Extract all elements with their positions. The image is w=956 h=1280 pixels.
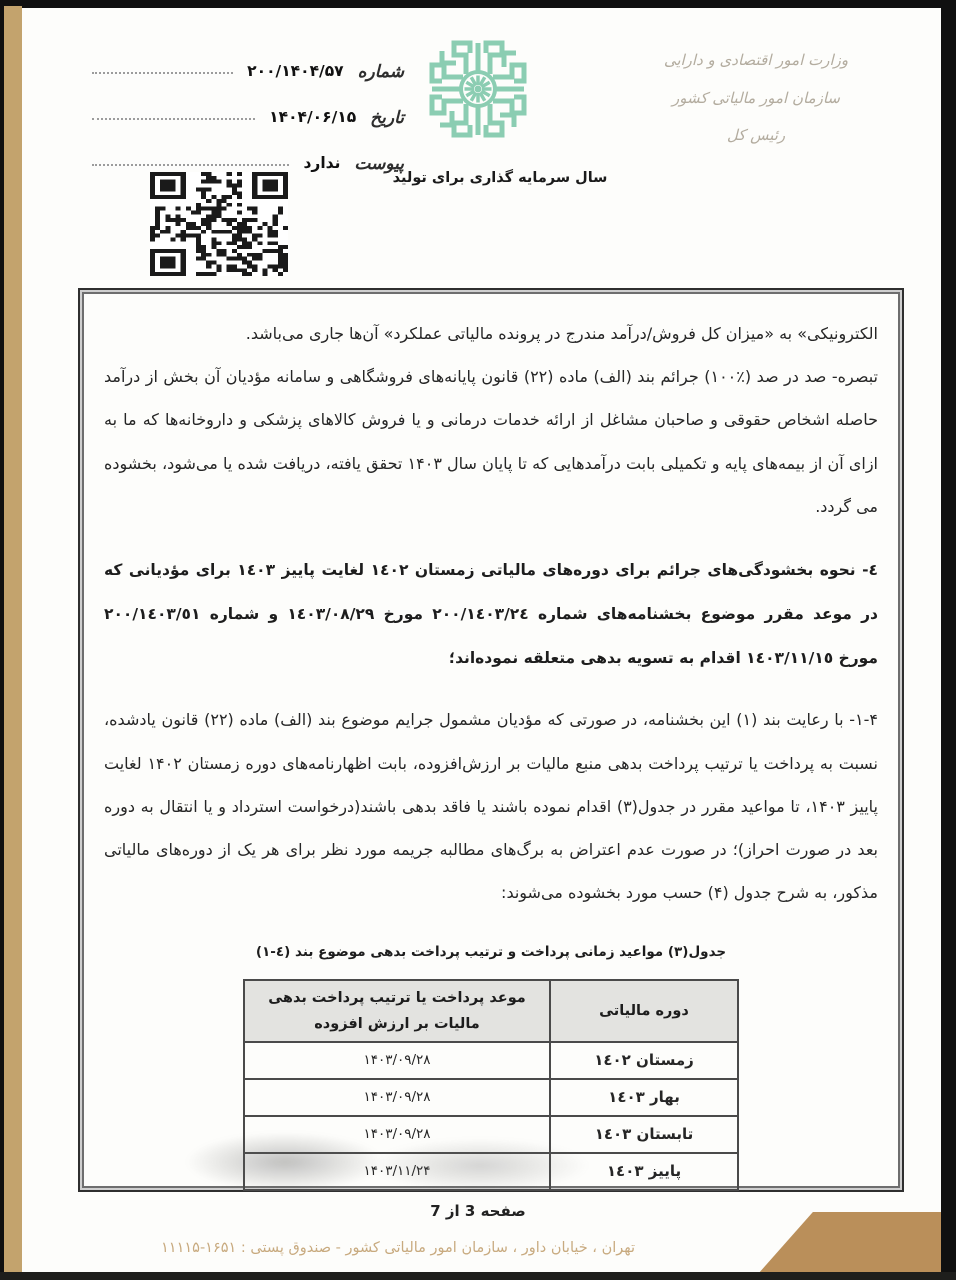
table3-caption: جدول(۳) مواعید زمانی پرداخت و ترتیب پردا… bbox=[104, 934, 878, 970]
period-cell: پاییز ١٤٠٣ bbox=[550, 1153, 738, 1190]
ministry-line-3: رئیس کل bbox=[606, 117, 906, 155]
footer-address: تهران ، خیابان داور ، سازمان امور مالیات… bbox=[20, 1240, 776, 1256]
table3-col-period: دوره مالیاتی bbox=[550, 980, 738, 1042]
ministry-line-1: وزارت امور اقتصادی و دارایی bbox=[606, 42, 906, 80]
number-label: شماره bbox=[358, 62, 404, 82]
scan-edge-tan-strip bbox=[4, 6, 22, 1280]
scan-border-top bbox=[0, 0, 956, 8]
period-cell: تابستان ١٤٠٣ bbox=[550, 1116, 738, 1153]
date-label: تاریخ bbox=[370, 108, 404, 128]
meta-row-number: شماره ۲۰۰/۱۴۰۴/۵۷ bbox=[92, 36, 404, 82]
letterhead-meta-fields: شماره ۲۰۰/۱۴۰۴/۵۷ تاریخ ۱۴۰۴/۰۶/۱۵ پیوست… bbox=[92, 36, 404, 174]
deadline-cell: ۱۴۰۳/۰۹/۲۸ bbox=[244, 1116, 550, 1153]
table-row: پاییز ١٤٠٣ ۱۴۰۳/۱۱/۲۴ bbox=[244, 1153, 738, 1190]
meta-row-date: تاریخ ۱۴۰۴/۰۶/۱۵ bbox=[92, 82, 404, 128]
meta-row-attachment: پیوست ندارد bbox=[92, 128, 404, 174]
scanned-tax-circular-page: وزارت امور اقتصادی و دارایی سازمان امور … bbox=[0, 0, 956, 1280]
paragraph-note: تبصره- صد در صد (٪۱۰۰) جرائم بند (الف) م… bbox=[104, 355, 878, 528]
ministry-line-2: سازمان امور مالیاتی کشور bbox=[606, 80, 906, 118]
deadline-cell: ۱۴۰۳/۰۹/۲۸ bbox=[244, 1079, 550, 1116]
dotted-rule bbox=[92, 164, 289, 166]
tax-organization-logo-icon bbox=[418, 28, 538, 150]
qr-code-icon bbox=[150, 172, 288, 276]
deadline-cell: ۱۴۰۳/۱۱/۲۴ bbox=[244, 1153, 550, 1190]
scan-border-right bbox=[941, 0, 956, 1280]
table-row: تابستان ١٤٠٣ ۱۴۰۳/۰۹/۲۸ bbox=[244, 1116, 738, 1153]
table3-col-deadline: موعد پرداخت یا ترتیب پرداخت بدهی مالیات … bbox=[244, 980, 550, 1042]
table-row: زمستان ١٤٠٢ ۱۴۰۳/۰۹/۲۸ bbox=[244, 1042, 738, 1079]
letterhead-ministry-block: وزارت امور اقتصادی و دارایی سازمان امور … bbox=[606, 42, 906, 155]
period-cell: بهار ١٤٠٣ bbox=[550, 1079, 738, 1116]
qr-code bbox=[150, 172, 288, 276]
table-row: بهار ١٤٠٣ ۱۴۰۳/۰۹/۲۸ bbox=[244, 1079, 738, 1116]
table3-header-row: دوره مالیاتی موعد پرداخت یا ترتیب پرداخت… bbox=[244, 980, 738, 1042]
scan-corner-tan-shape bbox=[758, 1212, 941, 1274]
dotted-rule bbox=[92, 72, 233, 74]
page-number: صفحه 3 از 7 bbox=[0, 1202, 956, 1220]
date-value: ۱۴۰۴/۰۶/۱۵ bbox=[265, 108, 360, 128]
deadline-cell: ۱۴۰۳/۰۹/۲۸ bbox=[244, 1042, 550, 1079]
footer-postal-code: ۱۱۱۱۵-۱۶۵۱ bbox=[161, 1240, 236, 1256]
year-slogan: سال سرمایه گذاری برای تولید bbox=[300, 170, 700, 186]
paragraph-4-1: ۴‏-۱‏- با رعایت بند (۱) این بخشنامه، در … bbox=[104, 698, 878, 914]
table3-payment-deadlines: دوره مالیاتی موعد پرداخت یا ترتیب پرداخت… bbox=[243, 979, 739, 1191]
scan-border-bottom bbox=[0, 1272, 956, 1280]
number-value: ۲۰۰/۱۴۰۴/۵۷ bbox=[243, 62, 347, 82]
tax-organization-logo bbox=[418, 28, 538, 150]
period-cell: زمستان ١٤٠٢ bbox=[550, 1042, 738, 1079]
circular-body-box: الکترونیکی» به «میزان کل فروش/درآمد مندر… bbox=[78, 288, 904, 1192]
footer-address-text: تهران ، خیابان داور ، سازمان امور مالیات… bbox=[236, 1240, 635, 1256]
paragraph-section-4: ٤- نحوه بخشودگی‌های جرائم برای دوره‌های … bbox=[104, 548, 878, 681]
dotted-rule bbox=[92, 118, 255, 120]
paragraph-continuation: الکترونیکی» به «میزان کل فروش/درآمد مندر… bbox=[104, 312, 878, 355]
